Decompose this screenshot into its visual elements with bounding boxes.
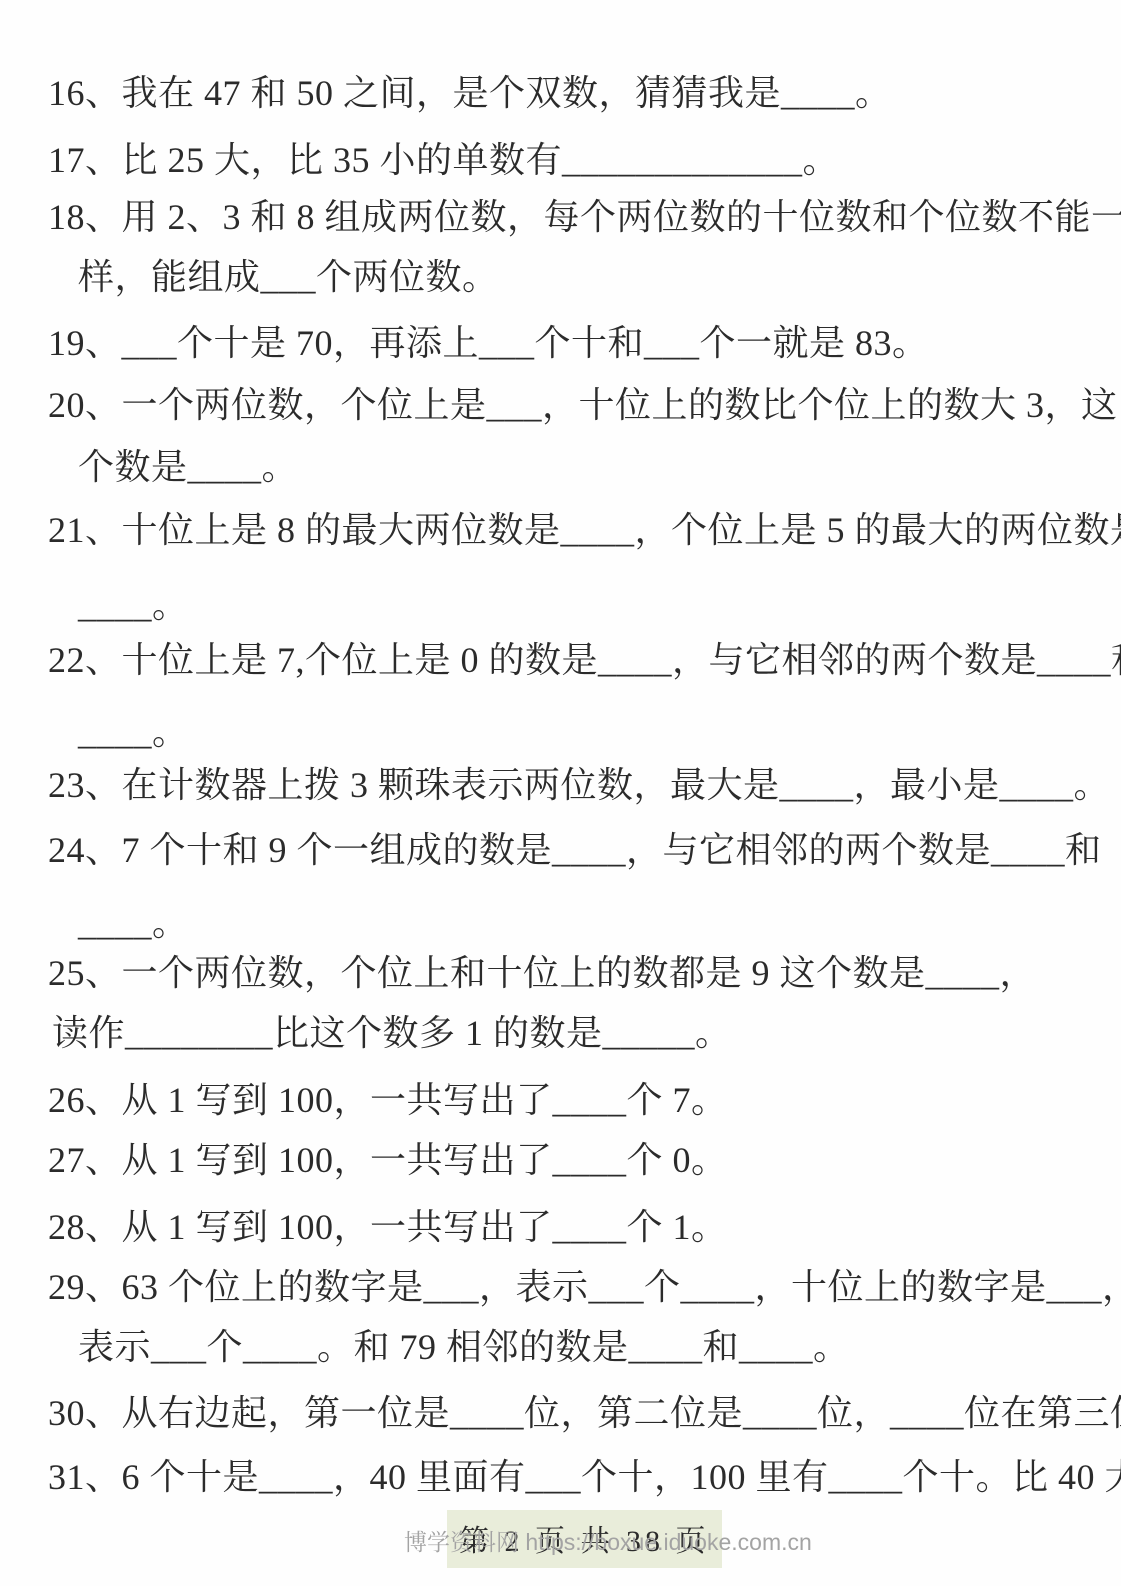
- question-line-23: 23、在计数器上拨 3 颗珠表示两位数，最大是____，最小是____。: [48, 765, 1110, 806]
- question-line-31: 31、6 个十是____，40 里面有___个十，100 里有____个十。比 …: [48, 1457, 1121, 1498]
- question-line-25-cont: 读作________比这个数多 1 的数是_____。: [52, 1013, 732, 1054]
- question-line-22-cont: ____。: [78, 712, 189, 753]
- watermark: 博学资料网 https://boxue.iduoke.com.cn: [404, 1524, 812, 1557]
- question-line-21: 21、十位上是 8 的最大两位数是____，个位上是 5 的最大的两位数是: [48, 510, 1121, 551]
- question-line-30: 30、从右边起，第一位是____位，第二位是____位，____位在第三位。: [48, 1393, 1121, 1434]
- question-line-25: 25、一个两位数，个位上和十位上的数都是 9 这个数是____，: [48, 953, 1036, 994]
- question-line-26: 26、从 1 写到 100，一共写出了____个 7。: [48, 1080, 728, 1121]
- question-line-16: 16、我在 47 和 50 之间，是个双数，猜猜我是____。: [48, 73, 892, 114]
- question-line-24: 24、7 个十和 9 个一组成的数是____，与它相邻的两个数是____和: [48, 830, 1102, 871]
- question-line-27: 27、从 1 写到 100，一共写出了____个 0。: [48, 1140, 728, 1181]
- question-line-17: 17、比 25 大，比 35 小的单数有_____________。: [48, 140, 839, 181]
- question-line-18: 18、用 2、3 和 8 组成两位数，每个两位数的十位数和个位数不能一: [48, 197, 1121, 238]
- question-line-29-cont: 表示___个____。和 79 相邻的数是____和____。: [78, 1327, 850, 1368]
- question-line-29: 29、63 个位上的数字是___，表示___个____，十位上的数字是___，: [48, 1267, 1121, 1308]
- question-line-20-cont: 个数是____。: [78, 447, 298, 488]
- question-line-19: 19、___个十是 70，再添上___个十和___个一就是 83。: [48, 323, 929, 364]
- question-line-18-cont: 样，能组成___个两位数。: [78, 257, 499, 298]
- question-line-20: 20、一个两位数，个位上是___，十位上的数比个位上的数大 3，这: [48, 385, 1118, 426]
- question-line-28: 28、从 1 写到 100，一共写出了____个 1。: [48, 1207, 728, 1248]
- question-line-24-cont: ____。: [78, 903, 189, 944]
- question-line-22: 22、十位上是 7,个位上是 0 的数是____，与它相邻的两个数是____和: [48, 640, 1121, 681]
- worksheet-page: 16、我在 47 和 50 之间，是个双数，猜猜我是____。 17、比 25 …: [0, 0, 1121, 1586]
- question-line-21-cont: ____。: [78, 585, 189, 626]
